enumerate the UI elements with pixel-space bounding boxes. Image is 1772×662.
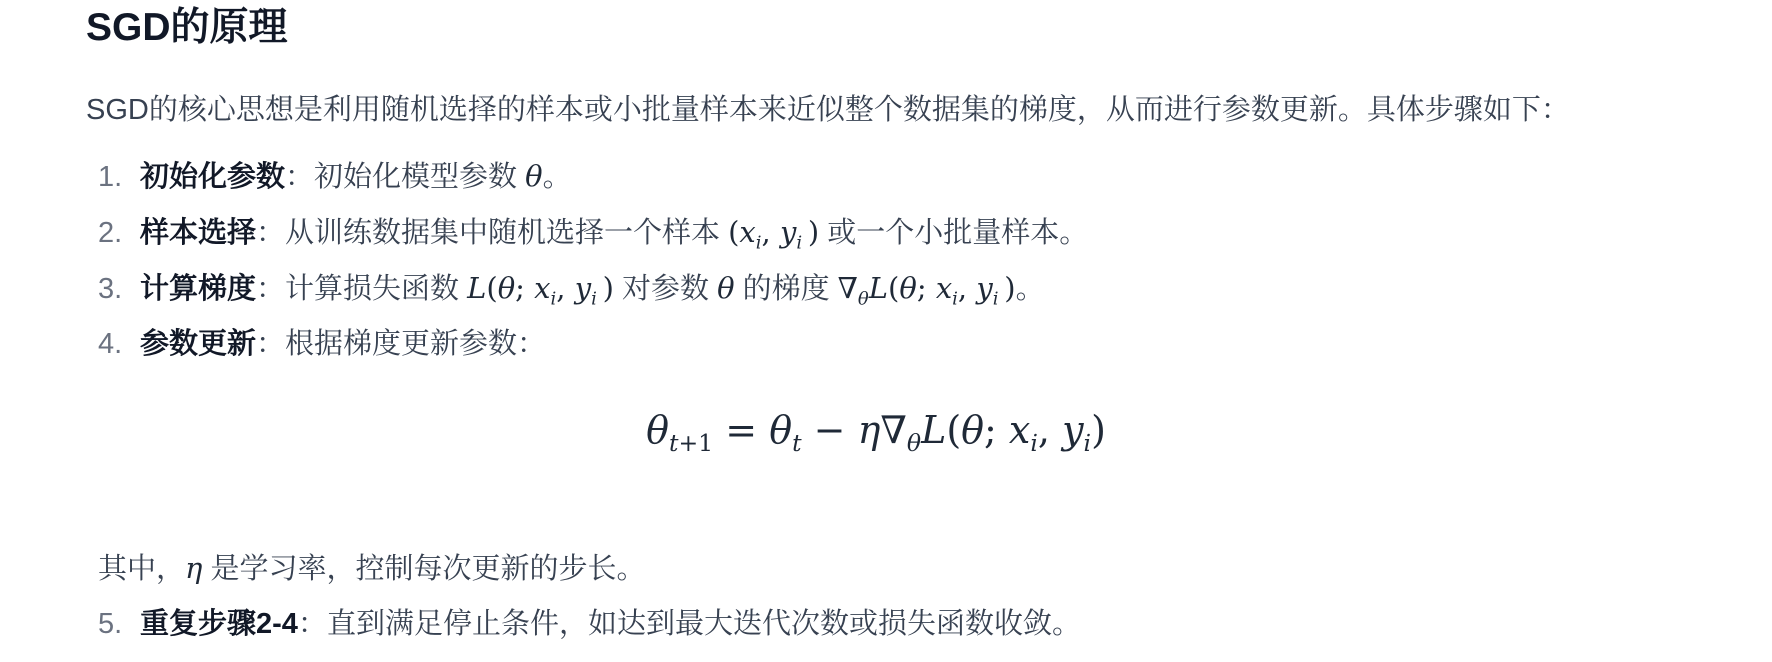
step-colon: ： (256, 217, 285, 249)
math-loss-function: L(θ; xi, yi ) (467, 271, 614, 305)
step-label: 重复步骤2-4 (140, 608, 298, 640)
list-number: 1. (98, 157, 140, 197)
list-number: 2. (98, 213, 140, 253)
list-item-step-4: 4.参数更新：根据梯度更新参数： (98, 324, 546, 364)
list-number: 3. (98, 269, 140, 309)
step-colon: ： (256, 273, 285, 305)
step-text: 计算损失函数 (285, 273, 467, 305)
math-theta: θ (525, 159, 542, 193)
section-title: SGD的原理 (86, 4, 288, 52)
math-eta: η (185, 551, 202, 585)
step-label: 参数更新 (140, 328, 256, 360)
step-label: 样本选择 (140, 217, 256, 249)
list-item-step-2: 2.样本选择：从训练数据集中随机选择一个样本 (xi, yi ) 或一个小批量样… (98, 212, 1088, 253)
update-formula: θt+1 = θt − η∇θL(θ; xi, yi) (86, 405, 1766, 456)
step-text-middle2: 的梯度 (735, 273, 838, 305)
note-text-end: 是学习率，控制每次更新的步长。 (202, 553, 645, 585)
step-text: 根据梯度更新参数： (285, 328, 546, 360)
step-text: 从训练数据集中随机选择一个样本 (285, 217, 728, 249)
list-item-step-5: 5.重复步骤2-4：直到满足停止条件，如达到最大迭代次数或损失函数收敛。 (98, 604, 1081, 644)
list-number: 5. (98, 604, 140, 644)
math-gradient: ∇θL(θ; xi, yi ) (838, 271, 1016, 305)
step-text: 直到满足停止条件，如达到最大迭代次数或损失函数收敛。 (327, 608, 1081, 640)
step-text-middle: 对参数 (614, 273, 717, 305)
formula-math: θt+1 = θt − η∇θL(θ; xi, yi) (646, 405, 1106, 455)
step-text-end: 。 (1016, 273, 1045, 305)
list-number: 4. (98, 324, 140, 364)
step-colon: ： (298, 608, 327, 640)
step-text-end: 或一个小批量样本。 (819, 217, 1088, 249)
step-text-end: 。 (543, 161, 572, 193)
list-item-step-1: 1.初始化参数：初始化模型参数 θ。 (98, 156, 572, 197)
step-text: 初始化模型参数 (314, 161, 525, 193)
list-item-step-3: 3.计算梯度：计算损失函数 L(θ; xi, yi ) 对参数 θ 的梯度 ∇θ… (98, 268, 1045, 309)
math-theta: θ (717, 271, 734, 305)
intro-paragraph: SGD的核心思想是利用随机选择的样本或小批量样本来近似整个数据集的梯度，从而进行… (86, 90, 1570, 130)
learning-rate-note: 其中，η 是学习率，控制每次更新的步长。 (98, 548, 645, 589)
note-text: 其中， (98, 553, 185, 585)
step-colon: ： (285, 161, 314, 193)
math-sample-pair: (xi, yi ) (728, 215, 819, 249)
step-colon: ： (256, 328, 285, 360)
step-label: 初始化参数 (140, 161, 285, 193)
step-label: 计算梯度 (140, 273, 256, 305)
